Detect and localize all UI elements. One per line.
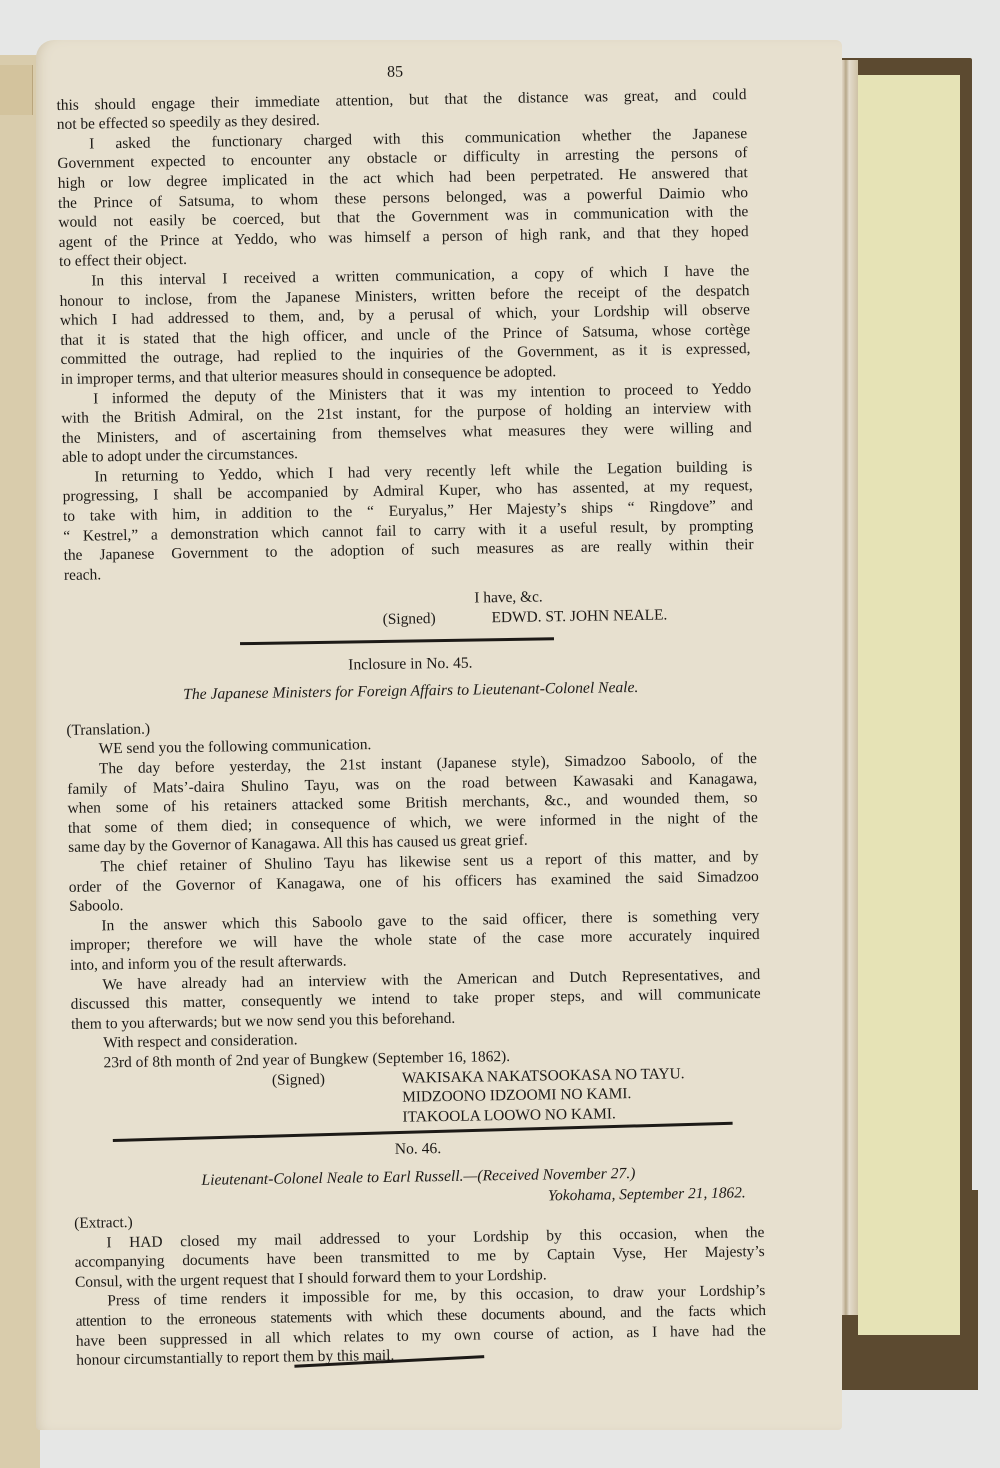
inclosure-title: Inclosure in No. 45. bbox=[65, 649, 755, 679]
inclosure-section: Inclosure in No. 45. The Japanese Minist… bbox=[65, 649, 762, 1132]
signed-label: (Signed) bbox=[383, 610, 436, 628]
signer-name: EDWD. ST. JOHN NEALE. bbox=[439, 606, 667, 627]
inclosure-signatures: (Signed) WAKISAKA NAKATSOOKASA NO TAYU. … bbox=[72, 1063, 763, 1133]
page-content: 85 this should engage their immediate at… bbox=[56, 59, 766, 1367]
facing-page-edge bbox=[0, 55, 40, 1468]
endpaper bbox=[858, 75, 960, 1335]
signed-label: (Signed) bbox=[272, 1068, 402, 1090]
signer-name: ITAKOOLA LOOWO NO KAMI. bbox=[402, 1104, 616, 1127]
letter-body: this should engage their immediate atten… bbox=[56, 85, 754, 586]
facing-page-tab bbox=[0, 65, 33, 115]
inclosure-subtitle: The Japanese Ministers for Foreign Affai… bbox=[66, 676, 756, 706]
no46-section: No. 46. Lieutenant-Colonel Neale to Earl… bbox=[73, 1134, 766, 1367]
closing-signature: I have, &c. (Signed) EDWD. ST. JOHN NEAL… bbox=[64, 585, 755, 635]
section-divider bbox=[240, 637, 554, 645]
